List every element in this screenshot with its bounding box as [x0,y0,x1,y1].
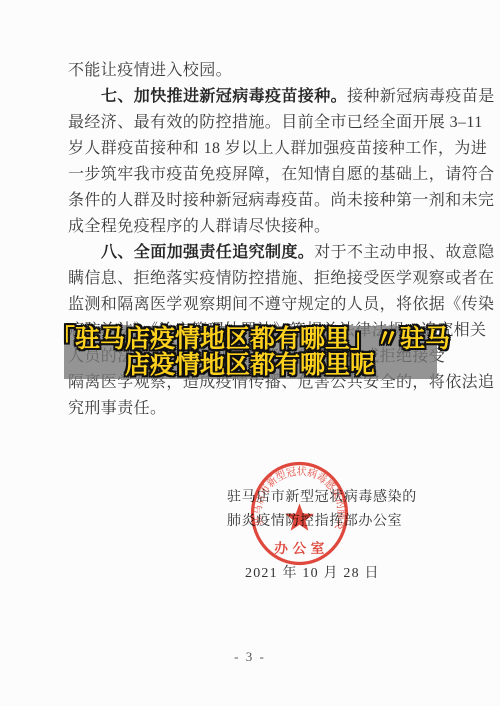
doc-line: 最经济、最有效的防控措施。目前全市已经全面开展 3–11 [68,110,446,136]
doc-line-segment: 监测和隔离医学观察期间不遵守规定的人员，将依据《传染 [68,296,494,313]
overlay-text: 「驻马店疫情地区都有哪里」〃驻马 店疫情地区都有哪里呢 [0,326,500,378]
doc-line: 监测和隔离医学观察期间不遵守规定的人员，将依据《传染 [68,292,446,318]
doc-line-segment: 对于不主动申报、故意隐 [314,244,494,261]
overlay-caption-line-2: 店疫情地区都有哪里呢 [0,352,500,378]
doc-line-segment: 不能让疫情进入校园。 [68,62,232,79]
doc-line-segment: 成全程免疫程序的人群请尽快接种。 [68,218,330,235]
doc-line-segment: 条件的人群及时接种新冠病毒疫苗。尚未接种第一剂和未完 [68,192,494,209]
official-seal: 驻马店市新型冠状病毒感染的肺炎疫情防控指挥部 办公室 [249,461,350,566]
doc-line-segment: 八、全面加强责任追究制度。 [101,244,314,261]
overlay-caption-line-1: 「驻马店疫情地区都有哪里」〃驻马 [0,326,500,352]
star-icon [285,503,314,530]
doc-line-segment: 瞒信息、拒绝落实疫情防控措施、拒绝接受医学观察或者在 [68,270,494,287]
page-number: - 3 - [0,649,500,665]
doc-line: 七、加快推进新冠病毒疫苗接种。接种新冠病毒疫苗是 [68,84,446,110]
doc-line: 究刑事责任。 [68,396,446,422]
doc-line: 岁人群疫苗接种和 18 岁以上人群加强疫苗接种工作，为进 [68,136,446,162]
doc-line-segment: 最经济、最有效的防控措施。目前全市已经全面开展 3–11 [68,114,483,131]
doc-line-segment: 岁人群疫苗接种和 18 岁以上人群加强疫苗接种工作，为进 [68,140,487,157]
doc-line-segment: 一步筑牢我市疫苗免疫屏障，在知情自愿的基础上，请符合 [68,166,494,183]
doc-line-segment: 接种新冠病毒疫苗是 [347,88,495,105]
doc-line: 一步筑牢我市疫苗免疫屏障，在知情自愿的基础上，请符合 [68,162,446,188]
doc-line-segment: 究刑事责任。 [68,400,166,417]
doc-line: 不能让疫情进入校园。 [68,58,446,84]
doc-line: 八、全面加强责任追究制度。对于不主动申报、故意隐 [68,240,446,266]
doc-line: 瞒信息、拒绝落实疫情防控措施、拒绝接受医学观察或者在 [68,266,446,292]
seal-center-text: 办公室 [274,540,328,556]
doc-line: 成全程免疫程序的人群请尽快接种。 [68,214,446,240]
doc-line-segment: 七、加快推进新冠病毒疫苗接种。 [101,88,347,105]
doc-line: 条件的人群及时接种新冠病毒疫苗。尚未接种第一剂和未完 [68,188,446,214]
